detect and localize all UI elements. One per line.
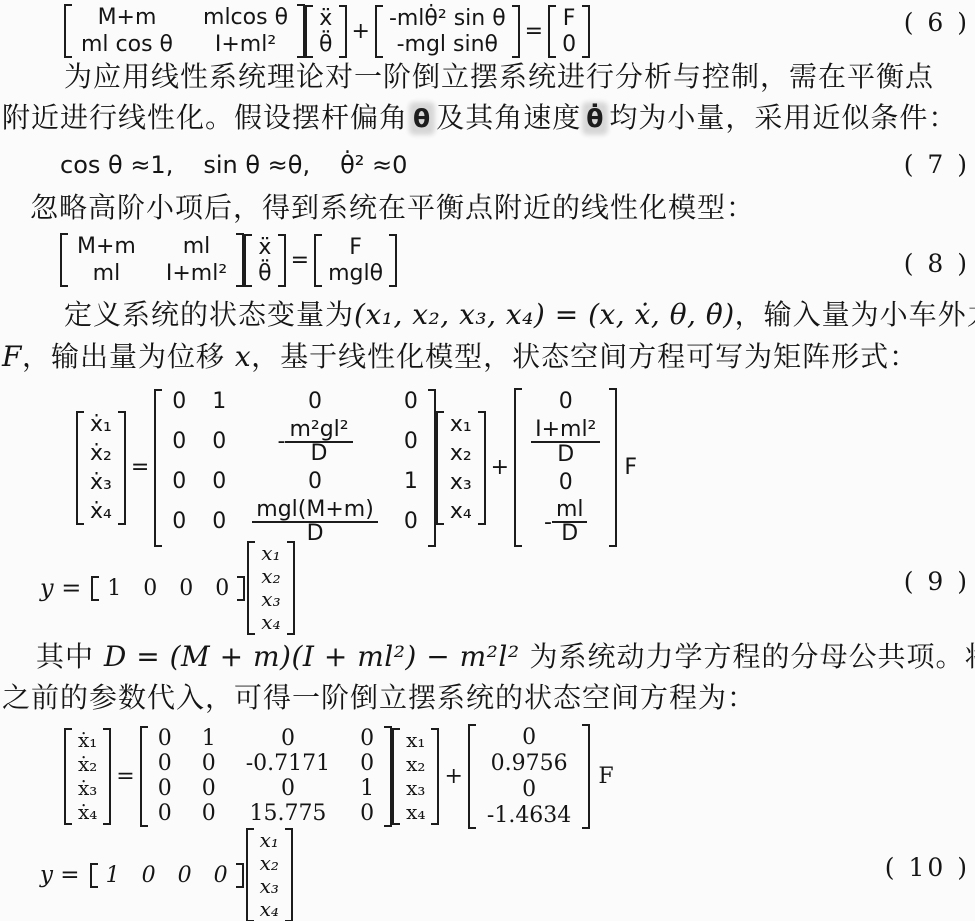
row-cell: 0: [178, 863, 192, 888]
bracket-right: [384, 726, 392, 827]
paragraph-text: 为应用线性系统理论对一阶倒立摆系统进行分析与控制，需在平衡点: [64, 59, 934, 94]
rhs-vector: F mglθ: [314, 234, 397, 287]
fraction-denominator: D: [553, 443, 578, 466]
accel-vector: ẍ θ̈: [244, 234, 285, 287]
row-cell: 0: [179, 576, 193, 601]
plus-operator: +: [352, 19, 370, 44]
minus-sign: -: [277, 431, 285, 453]
row-cell: 1: [107, 576, 121, 601]
bracket-right: [389, 234, 397, 287]
bracket-right: [582, 724, 590, 829]
matrix-cell-fraction: - m²gl² D: [277, 419, 352, 465]
text-segment: 均为小量，采用近似条件：: [609, 101, 957, 134]
input-symbol: F: [624, 455, 637, 480]
bracket-right: [118, 411, 126, 525]
state-variable-definition: (x₁, x₂, x₃, x₄) = (x, ẋ, θ, θ̇): [354, 298, 735, 331]
theta-symbol: θ: [413, 106, 431, 131]
input-symbol: F: [598, 764, 613, 789]
vector-cell: ẍ: [258, 236, 271, 259]
matrix-cell: 0: [172, 471, 186, 493]
vector-cell: θ̈: [319, 33, 332, 56]
equals-operator: =: [131, 455, 149, 480]
row-cell: 1: [106, 863, 120, 888]
bracket-right: [512, 5, 520, 58]
text-segment: 及其角速度: [436, 101, 581, 134]
matrix-cell: I+ml²: [166, 262, 227, 285]
bracket-left: [392, 728, 400, 825]
paragraph-text: 之前的参数代入，可得一阶倒立摆系统的状态空间方程为：: [2, 680, 756, 715]
equals-operator: =: [116, 764, 134, 789]
matrix-cell: 1: [212, 391, 226, 413]
text-segment: ，输出量为位移: [22, 340, 235, 373]
row-cell: 0: [142, 863, 156, 888]
vector-cell: x₃: [261, 589, 280, 610]
vector-cell: x₄: [260, 899, 279, 920]
matrix-cell: -0.7171: [246, 753, 330, 775]
output-row-vector: 1 0 0 0: [90, 863, 244, 888]
state-derivative-vector: ẋ₁ ẋ₂ ẋ₃ ẋ₄: [76, 411, 126, 525]
state-vector: x₁ x₂ x₃ x₄: [246, 828, 293, 921]
bracket-left: [60, 233, 68, 287]
matrix-cell: ml: [93, 262, 121, 285]
matrix-cell: 1: [404, 471, 418, 493]
matrix-cell: I+ml²: [215, 33, 276, 56]
bracket-left: [436, 411, 444, 525]
bracket-right: [297, 4, 305, 58]
paragraph-text: F，输出量为位移 x，基于线性化模型，状态空间方程可写为矩阵形式：: [2, 339, 918, 374]
bracket-left: [91, 576, 99, 601]
bracket-left: [314, 234, 322, 287]
equation-8: M+m ml ml I+ml² ẍ θ̈ = F mglθ: [60, 233, 397, 287]
vector-cell: ẋ₃: [90, 471, 112, 494]
bracket-left: [514, 388, 522, 547]
matrix-cell: 0: [281, 728, 295, 750]
vector-cell: -1.4634: [487, 804, 571, 827]
row-cell: 0: [215, 576, 229, 601]
bracket-left: [548, 5, 556, 58]
vector-cell: x₃: [406, 778, 425, 799]
vector-cell: mglθ: [328, 262, 383, 285]
input-matrix-B: 0 0.9756 0 -1.4634: [468, 724, 590, 829]
vector-cell: θ̈: [258, 262, 271, 285]
vector-cell-fraction: - ml D: [544, 499, 588, 545]
vector-cell: 0: [559, 471, 573, 494]
bracket-right: [339, 5, 347, 58]
state-vector: x₁ x₂ x₃ x₄: [392, 728, 439, 825]
bracket-left: [244, 234, 252, 287]
denominator-definition: D = (M + m)(I + ml²) − m²l²: [104, 640, 520, 673]
bracket-left: [64, 728, 72, 825]
matrix-cell: 1: [202, 728, 216, 750]
output-row-vector: 1 0 0 0: [91, 576, 245, 601]
bracket-left: [76, 411, 84, 525]
matrix-cell-fraction: mgl(M+m) D: [252, 499, 378, 545]
bracket-left: [247, 541, 255, 635]
vector-cell: x₂: [260, 853, 279, 874]
matrix-cell: 0: [158, 778, 172, 800]
vector-cell: ẋ₄: [90, 500, 112, 523]
paragraph-text: 附近进行线性化。假设摆杆偏角θ及其角速度θ̇均为小量，采用近似条件：: [2, 100, 957, 135]
bracket-left: [90, 863, 98, 888]
matrix-cell: 0: [404, 391, 418, 413]
matrix-cell: 0: [404, 511, 418, 533]
output-lhs: y =: [40, 574, 81, 602]
vector-cell: ẋ₂: [90, 442, 112, 465]
approx-condition: θ̇² ≈0: [340, 151, 407, 179]
input-matrix-B: 0 I+ml² D 0 - ml D: [514, 388, 617, 547]
output-lhs: y =: [40, 862, 80, 888]
equation-9-output: y = 1 0 0 0 x₁ x₂ x₃ x₄: [40, 541, 295, 635]
matrix-cell: M+m: [77, 235, 136, 258]
approx-condition: cos θ ≈1,: [60, 151, 173, 179]
vector-cell: F: [563, 7, 576, 30]
fraction-denominator: D: [307, 443, 332, 465]
matrix-cell: ml: [183, 235, 211, 258]
equals-operator: =: [291, 248, 309, 273]
theta-dot-symbol: θ̇: [586, 106, 604, 131]
matrix-cell: 0: [308, 471, 322, 493]
vector-cell: 0.9756: [491, 752, 568, 775]
matrix-cell: 0: [360, 753, 374, 775]
vector-cell: x₄: [450, 500, 472, 523]
vector-cell: x₂: [406, 754, 425, 775]
bracket-right: [428, 389, 436, 547]
plus-operator: +: [444, 764, 462, 789]
equation-number-6: ( 6 ): [904, 8, 970, 37]
matrix-cell: ml cos θ: [81, 33, 173, 56]
matrix-cell: 0: [281, 778, 295, 800]
bracket-right: [287, 541, 295, 635]
equation-7: cos θ ≈1, sin θ ≈θ, θ̇² ≈0: [60, 151, 437, 179]
mass-matrix: M+m mlcos θ ml cos θ I+ml²: [64, 4, 305, 58]
equation-6: M+m mlcos θ ml cos θ I+ml² ẍ θ̈ + -mlθ̇²…: [64, 4, 590, 58]
bracket-right: [237, 576, 245, 601]
plus-operator: +: [491, 455, 509, 480]
vector-cell: ẋ₃: [78, 778, 97, 799]
bracket-left: [468, 724, 476, 829]
vector-cell: F: [349, 236, 362, 259]
paragraph-text: 忽略高阶小项后，得到系统在平衡点附近的线性化模型：: [30, 190, 755, 225]
paragraph-text: 其中 D = (M + m)(I + ml²) − m²l² 为系统动力学方程的…: [36, 639, 975, 674]
vector-cell: x₃: [450, 471, 472, 494]
equation-number-7: ( 7 ): [904, 150, 970, 179]
text-segment: ，输入量为小车外力: [735, 298, 975, 331]
vector-cell: -mgl sinθ: [397, 33, 498, 56]
bracket-right: [103, 728, 111, 825]
bracket-right: [285, 828, 293, 921]
accel-vector: ẍ θ̈: [305, 5, 346, 58]
vector-cell: ẋ₄: [78, 802, 97, 823]
linearized-matrix: M+m ml ml I+ml²: [60, 233, 244, 287]
matrix-cell: 0: [172, 431, 186, 453]
vector-cell: 0: [559, 390, 573, 413]
minus-sign: -: [544, 511, 552, 534]
vector-cell: x₁: [450, 413, 472, 436]
equals-operator: =: [525, 19, 543, 44]
matrix-cell: 0: [360, 803, 374, 825]
text-segment: 其中: [36, 640, 104, 673]
bracket-right: [609, 388, 617, 547]
nonlinear-vector: -mlθ̇² sin θ -mgl sinθ: [375, 5, 520, 58]
vector-cell: 0: [522, 726, 536, 749]
system-matrix-A: 0 1 0 0 0 0 -0.7171 0 0 0 0 1 0 0 15.775…: [140, 726, 392, 827]
force-vector: F 0: [548, 5, 590, 58]
matrix-cell: mlcos θ: [203, 6, 288, 29]
vector-cell: ẋ₂: [78, 754, 97, 775]
matrix-cell: 0: [212, 471, 226, 493]
text-segment: 为系统动力学方程的分母公共项。将: [520, 640, 975, 673]
fraction-numerator: ml: [552, 499, 588, 523]
vector-cell: x₁: [261, 543, 280, 564]
fraction-numerator: m²gl²: [285, 419, 352, 443]
matrix-cell: M+m: [98, 6, 157, 29]
vector-cell: 0: [522, 778, 536, 801]
bracket-left: [64, 4, 72, 58]
matrix-cell: 0: [202, 778, 216, 800]
equation-10-state: ẋ₁ ẋ₂ ẋ₃ ẋ₄ = 0 1 0 0 0 0 -0.7171 0 0 0 …: [64, 724, 614, 829]
equation-number-9: ( 9 ): [904, 567, 970, 596]
matrix-cell: 0: [308, 391, 322, 413]
text-segment: ，基于线性化模型，状态空间方程可写为矩阵形式：: [251, 340, 918, 373]
displacement-symbol: x: [235, 340, 251, 373]
bracket-right: [278, 234, 286, 287]
matrix-cell: 0: [158, 803, 172, 825]
vector-cell: x₁: [260, 830, 279, 851]
matrix-cell: 0: [212, 431, 226, 453]
vector-cell: x₄: [261, 612, 280, 633]
bracket-right: [582, 5, 590, 58]
matrix-cell: 0: [202, 753, 216, 775]
force-symbol: F: [2, 340, 22, 373]
state-vector: x₁ x₂ x₃ x₄: [247, 541, 294, 635]
state-derivative-vector: ẋ₁ ẋ₂ ẋ₃ ẋ₄: [64, 728, 111, 825]
fraction-numerator: mgl(M+m): [252, 499, 378, 523]
row-cell: 0: [214, 863, 228, 888]
bracket-right: [431, 728, 439, 825]
system-matrix-A: 0 1 0 0 0 0 - m²gl² D 0 0 0 0 1 0: [154, 389, 436, 547]
text-segment: 附近进行线性化。假设摆杆偏角: [2, 101, 408, 134]
fraction-numerator: I+ml²: [531, 418, 600, 443]
vector-cell: 0: [562, 33, 576, 56]
matrix-cell: 0: [172, 391, 186, 413]
fraction-denominator: D: [303, 523, 328, 545]
document-page: M+m mlcos θ ml cos θ I+ml² ẍ θ̈ + -mlθ̇²…: [0, 0, 975, 921]
matrix-cell: 0: [202, 803, 216, 825]
text-segment: 定义系统的状态变量为: [64, 298, 354, 331]
paragraph-text: 定义系统的状态变量为(x₁, x₂, x₃, x₄) = (x, ẋ, θ, θ…: [64, 297, 975, 332]
state-vector: x₁ x₂ x₃ x₄: [436, 411, 486, 525]
matrix-cell: 0: [158, 728, 172, 750]
matrix-cell: 0: [404, 431, 418, 453]
equation-number-10: ( 10 ): [885, 853, 970, 882]
row-cell: 0: [143, 576, 157, 601]
vector-cell-fraction: I+ml² D: [531, 418, 600, 466]
matrix-cell: 0: [172, 511, 186, 533]
matrix-cell: 0: [360, 728, 374, 750]
bracket-right: [236, 863, 244, 888]
vector-cell: x₂: [261, 566, 280, 587]
approx-condition: sin θ ≈θ,: [203, 151, 310, 179]
matrix-cell: 0: [212, 511, 226, 533]
matrix-cell: 1: [360, 778, 374, 800]
matrix-cell: 0: [158, 753, 172, 775]
vector-cell: x₂: [450, 442, 472, 465]
bracket-right: [478, 411, 486, 525]
bracket-left: [305, 5, 313, 58]
vector-cell: ẍ: [319, 7, 332, 30]
bracket-right: [236, 233, 244, 287]
vector-cell: ẋ₁: [78, 730, 97, 751]
vector-cell: x₁: [406, 730, 425, 751]
vector-cell: x₄: [406, 802, 425, 823]
bracket-left: [246, 828, 254, 921]
vector-cell: -mlθ̇² sin θ: [389, 7, 506, 30]
equation-number-8: ( 8 ): [904, 249, 970, 278]
equation-9-state: ẋ₁ ẋ₂ ẋ₃ ẋ₄ = 0 1 0 0 0 0 - m²gl²: [76, 388, 637, 547]
bracket-left: [154, 389, 162, 547]
vector-cell: x₃: [260, 876, 279, 897]
equation-10-output: y = 1 0 0 0 x₁ x₂ x₃ x₄: [40, 828, 293, 921]
matrix-cell: 15.775: [249, 803, 326, 825]
bracket-left: [375, 5, 383, 58]
bracket-left: [140, 726, 148, 827]
fraction-denominator: D: [557, 523, 582, 545]
vector-cell: ẋ₁: [90, 413, 112, 436]
